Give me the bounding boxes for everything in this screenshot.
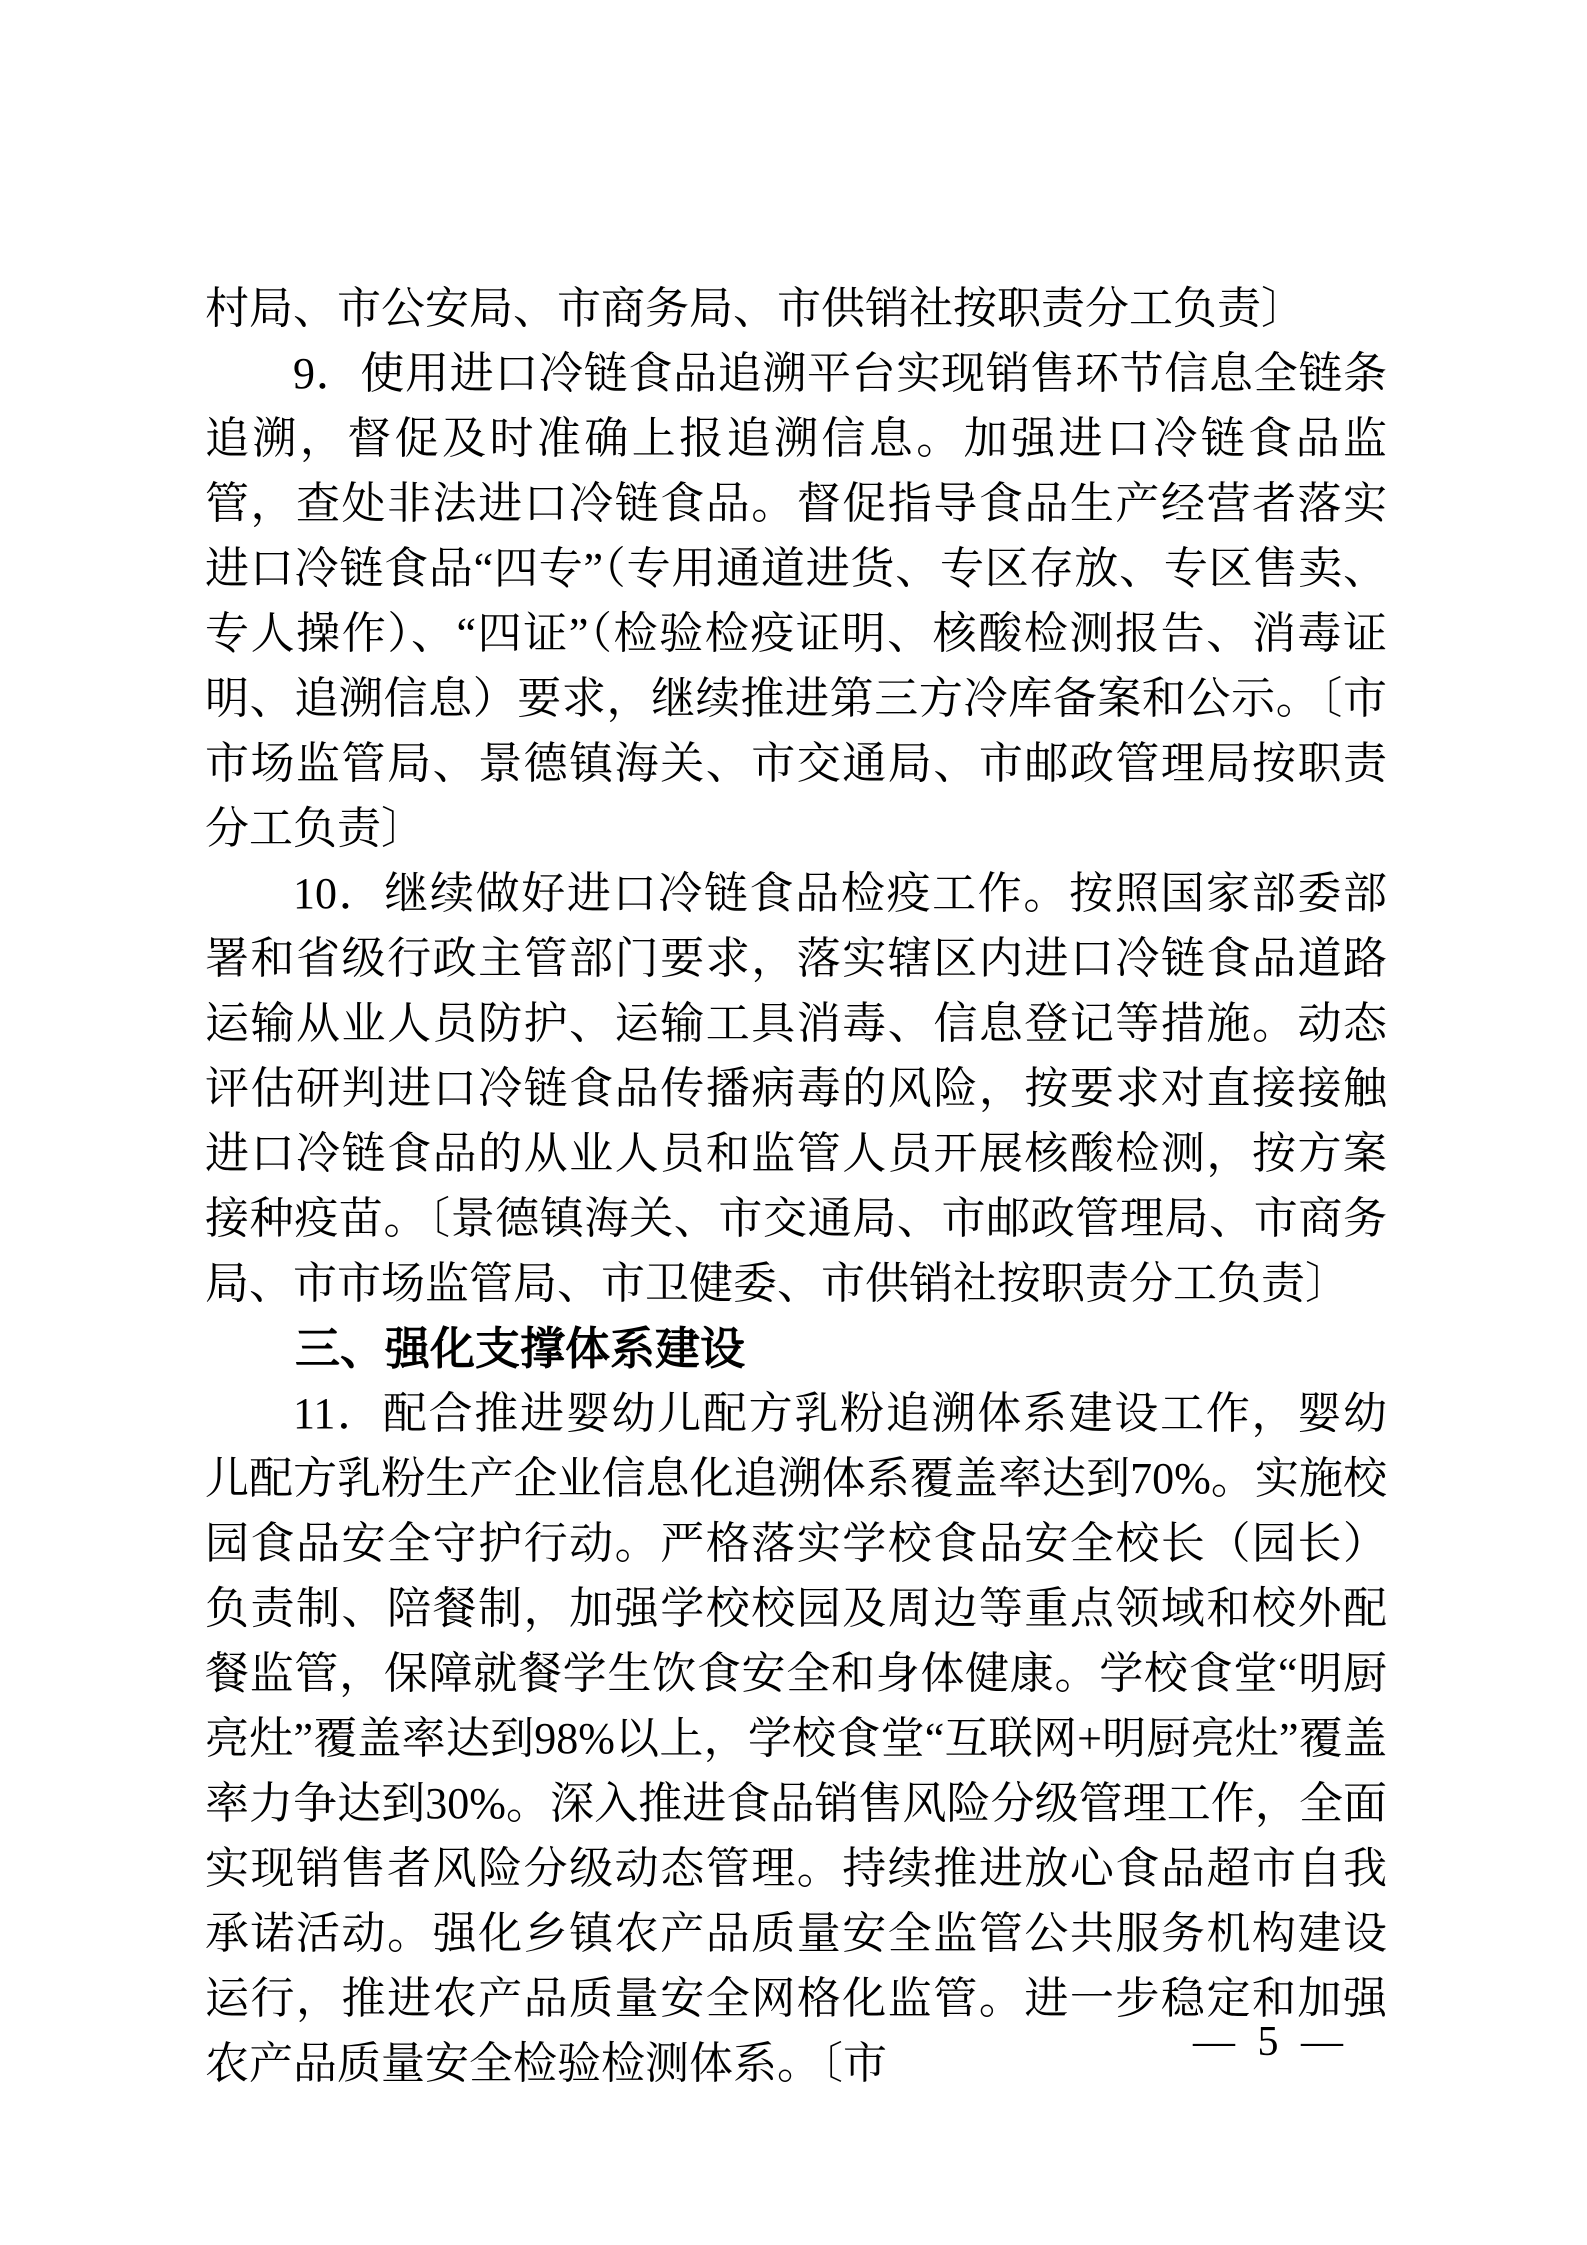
section-heading: 三、强化支撑体系建设 bbox=[205, 1316, 1387, 1381]
document-body: 村局、市公安局、市商务局、市供销社按职责分工负责〕 9．使用进口冷链食品追溯平台… bbox=[205, 276, 1387, 2096]
paragraph-item-9: 9．使用进口冷链食品追溯平台实现销售环节信息全链条追溯，督促及时准确上报追溯信息… bbox=[205, 341, 1387, 861]
paragraph-item-10: 10．继续做好进口冷链食品检疫工作。按照国家部委部署和省级行政主管部门要求，落实… bbox=[205, 861, 1387, 1316]
document-page: 村局、市公安局、市商务局、市供销社按职责分工负责〕 9．使用进口冷链食品追溯平台… bbox=[0, 0, 1587, 2245]
paragraph-item-11: 11．配合推进婴幼儿配方乳粉追溯体系建设工作，婴幼儿配方乳粉生产企业信息化追溯体… bbox=[205, 1381, 1387, 2096]
page-number: — 5 — bbox=[1193, 2018, 1349, 2066]
paragraph-continuation: 村局、市公安局、市商务局、市供销社按职责分工负责〕 bbox=[205, 276, 1387, 341]
